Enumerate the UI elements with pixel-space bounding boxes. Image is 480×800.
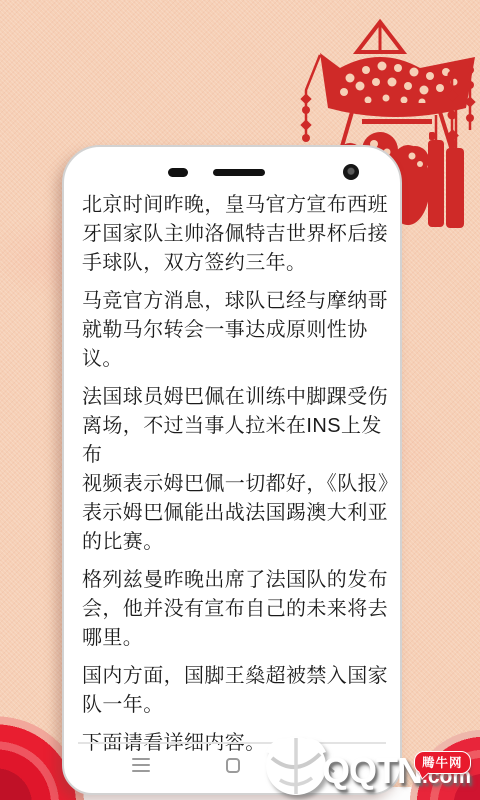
earpiece-speaker-bar bbox=[213, 169, 265, 176]
earpiece-speaker-small bbox=[168, 168, 188, 177]
site-watermark: QQTN.com 腾牛网 bbox=[256, 728, 480, 800]
news-paragraph: 马竞官方消息，球队已经与摩纳哥 就勒马尔转会一事达成原则性协 议。 bbox=[82, 287, 400, 374]
watermark-brand: QQTN bbox=[322, 750, 422, 791]
home-icon[interactable] bbox=[226, 758, 240, 773]
menu-icon[interactable] bbox=[132, 758, 150, 772]
tengniu-badge: 腾牛网 bbox=[414, 751, 471, 774]
news-paragraph: 国内方面，国脚王燊超被禁入国家 队一年。 bbox=[82, 662, 400, 720]
news-article-body: 北京时间昨晚，皇马官方宣布西班 牙国家队主帅洛佩特吉世界杯后接 手球队，双方签约… bbox=[82, 191, 400, 767]
wallpaper-background: 北京时间昨晚，皇马官方宣布西班 牙国家队主帅洛佩特吉世界杯后接 手球队，双方签约… bbox=[0, 0, 480, 800]
phone-mockup: 北京时间昨晚，皇马官方宣布西班 牙国家队主帅洛佩特吉世界杯后接 手球队，双方签约… bbox=[62, 145, 402, 795]
news-paragraph: 北京时间昨晚，皇马官方宣布西班 牙国家队主帅洛佩特吉世界杯后接 手球队，双方签约… bbox=[82, 191, 400, 278]
news-paragraph: 格列兹曼昨晚出席了法国队的发布 会，他并没有宣布自己的未来将去 哪里。 bbox=[82, 566, 400, 653]
news-paragraph: 法国球员姆巴佩在训练中脚踝受伤 离场，不过当事人拉米在INS上发布 视频表示姆巴… bbox=[82, 383, 400, 557]
front-camera-icon bbox=[343, 164, 359, 180]
